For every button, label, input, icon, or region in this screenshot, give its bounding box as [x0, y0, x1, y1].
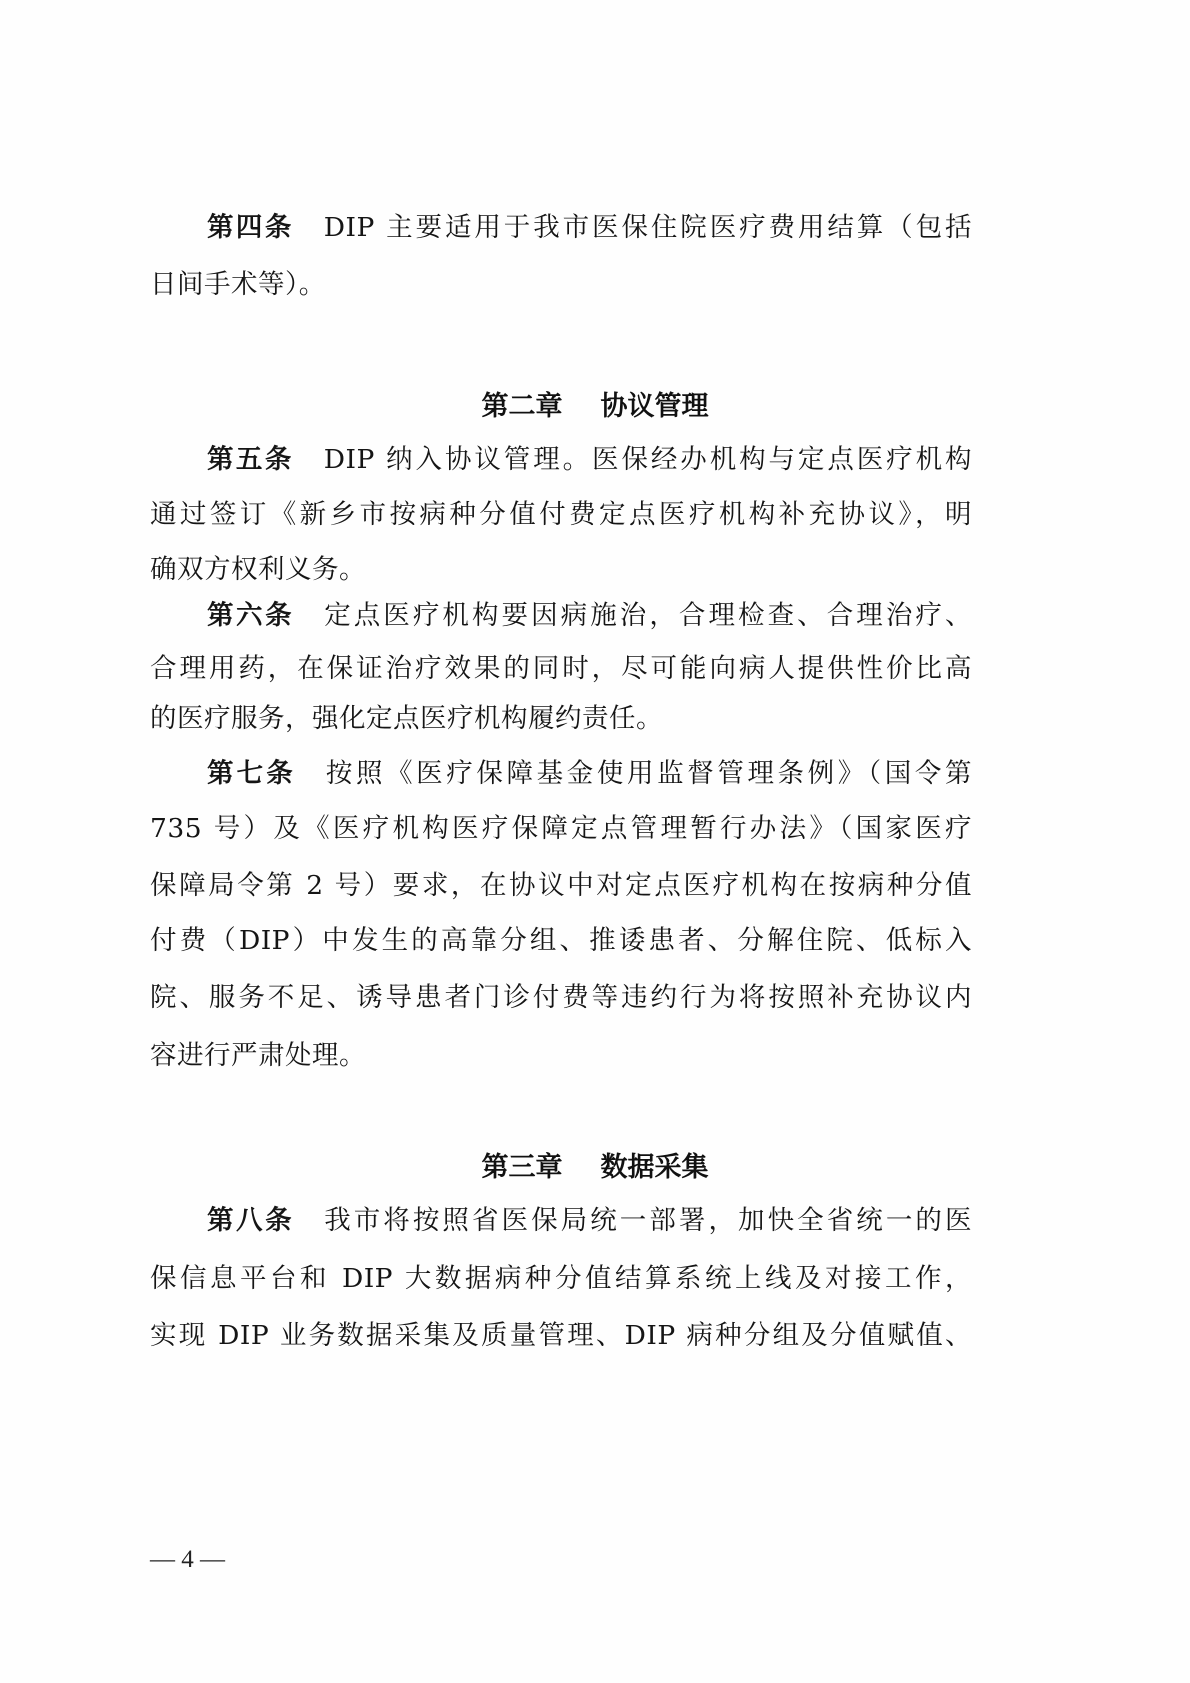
article-5-line-3: 确双方权利义务。	[150, 550, 972, 590]
article-8-text: 我市将按照省医保局统一部署，加快全省统一的医	[324, 1205, 972, 1236]
article-7-line-3: 保障局令第 2 号）要求，在协议中对定点医疗机构在按病种分值	[150, 866, 972, 906]
document-page: 第四条DIP 主要适用于我市医保住院医疗费用结算（包括 日间手术等）。 第二章协…	[0, 0, 1190, 1683]
article-7-label: 第七条	[207, 758, 296, 789]
article-4-line-1: 第四条DIP 主要适用于我市医保住院医疗费用结算（包括	[207, 208, 972, 248]
article-6-label: 第六条	[207, 600, 294, 631]
chapter-3-title: 数据采集	[601, 1152, 709, 1183]
article-7-line-6: 容进行严肃处理。	[150, 1036, 972, 1076]
article-4-text: DIP 主要适用于我市医保住院医疗费用结算（包括	[324, 212, 972, 243]
article-5-label: 第五条	[207, 444, 294, 475]
article-7-line-1: 第七条按照《医疗保障基金使用监督管理条例》（国令第	[207, 754, 972, 794]
article-7-line-4: 付费（DIP）中发生的高靠分组、推诿患者、分解住院、低标入	[150, 921, 972, 961]
chapter-2-title: 协议管理	[601, 391, 709, 422]
article-8-label: 第八条	[207, 1205, 294, 1236]
chapter-3-number: 第三章	[482, 1152, 563, 1183]
article-5-line-2: 通过签订《新乡市按病种分值付费定点医疗机构补充协议》，明	[150, 495, 972, 535]
article-4-line-2: 日间手术等）。	[150, 265, 972, 305]
article-5-line-1: 第五条DIP 纳入协议管理。医保经办机构与定点医疗机构	[207, 440, 972, 480]
article-6-line-3: 的医疗服务，强化定点医疗机构履约责任。	[150, 699, 972, 739]
article-6-line-2: 合理用药，在保证治疗效果的同时，尽可能向病人提供性价比高	[150, 649, 972, 689]
chapter-2-number: 第二章	[482, 391, 563, 422]
article-7-text: 按照《医疗保障基金使用监督管理条例》（国令第	[326, 758, 972, 789]
article-6-text: 定点医疗机构要因病施治，合理检查、合理治疗、	[324, 600, 972, 631]
chapter-3-heading: 第三章数据采集	[0, 1146, 1190, 1190]
article-8-line-2: 保信息平台和 DIP 大数据病种分值结算系统上线及对接工作，	[150, 1259, 972, 1299]
chapter-2-heading: 第二章协议管理	[0, 385, 1190, 429]
article-6-line-1: 第六条定点医疗机构要因病施治，合理检查、合理治疗、	[207, 596, 972, 636]
article-4-label: 第四条	[207, 212, 294, 243]
page-number: — 4 —	[150, 1544, 225, 1576]
article-7-line-5: 院、服务不足、诱导患者门诊付费等违约行为将按照补充协议内	[150, 978, 972, 1018]
article-7-line-2: 735 号）及《医疗机构医疗保障定点管理暂行办法》（国家医疗	[150, 809, 972, 849]
article-8-line-1: 第八条我市将按照省医保局统一部署，加快全省统一的医	[207, 1201, 972, 1241]
article-8-line-3: 实现 DIP 业务数据采集及质量管理、DIP 病种分组及分值赋值、	[150, 1316, 972, 1356]
article-5-text: DIP 纳入协议管理。医保经办机构与定点医疗机构	[324, 444, 972, 475]
